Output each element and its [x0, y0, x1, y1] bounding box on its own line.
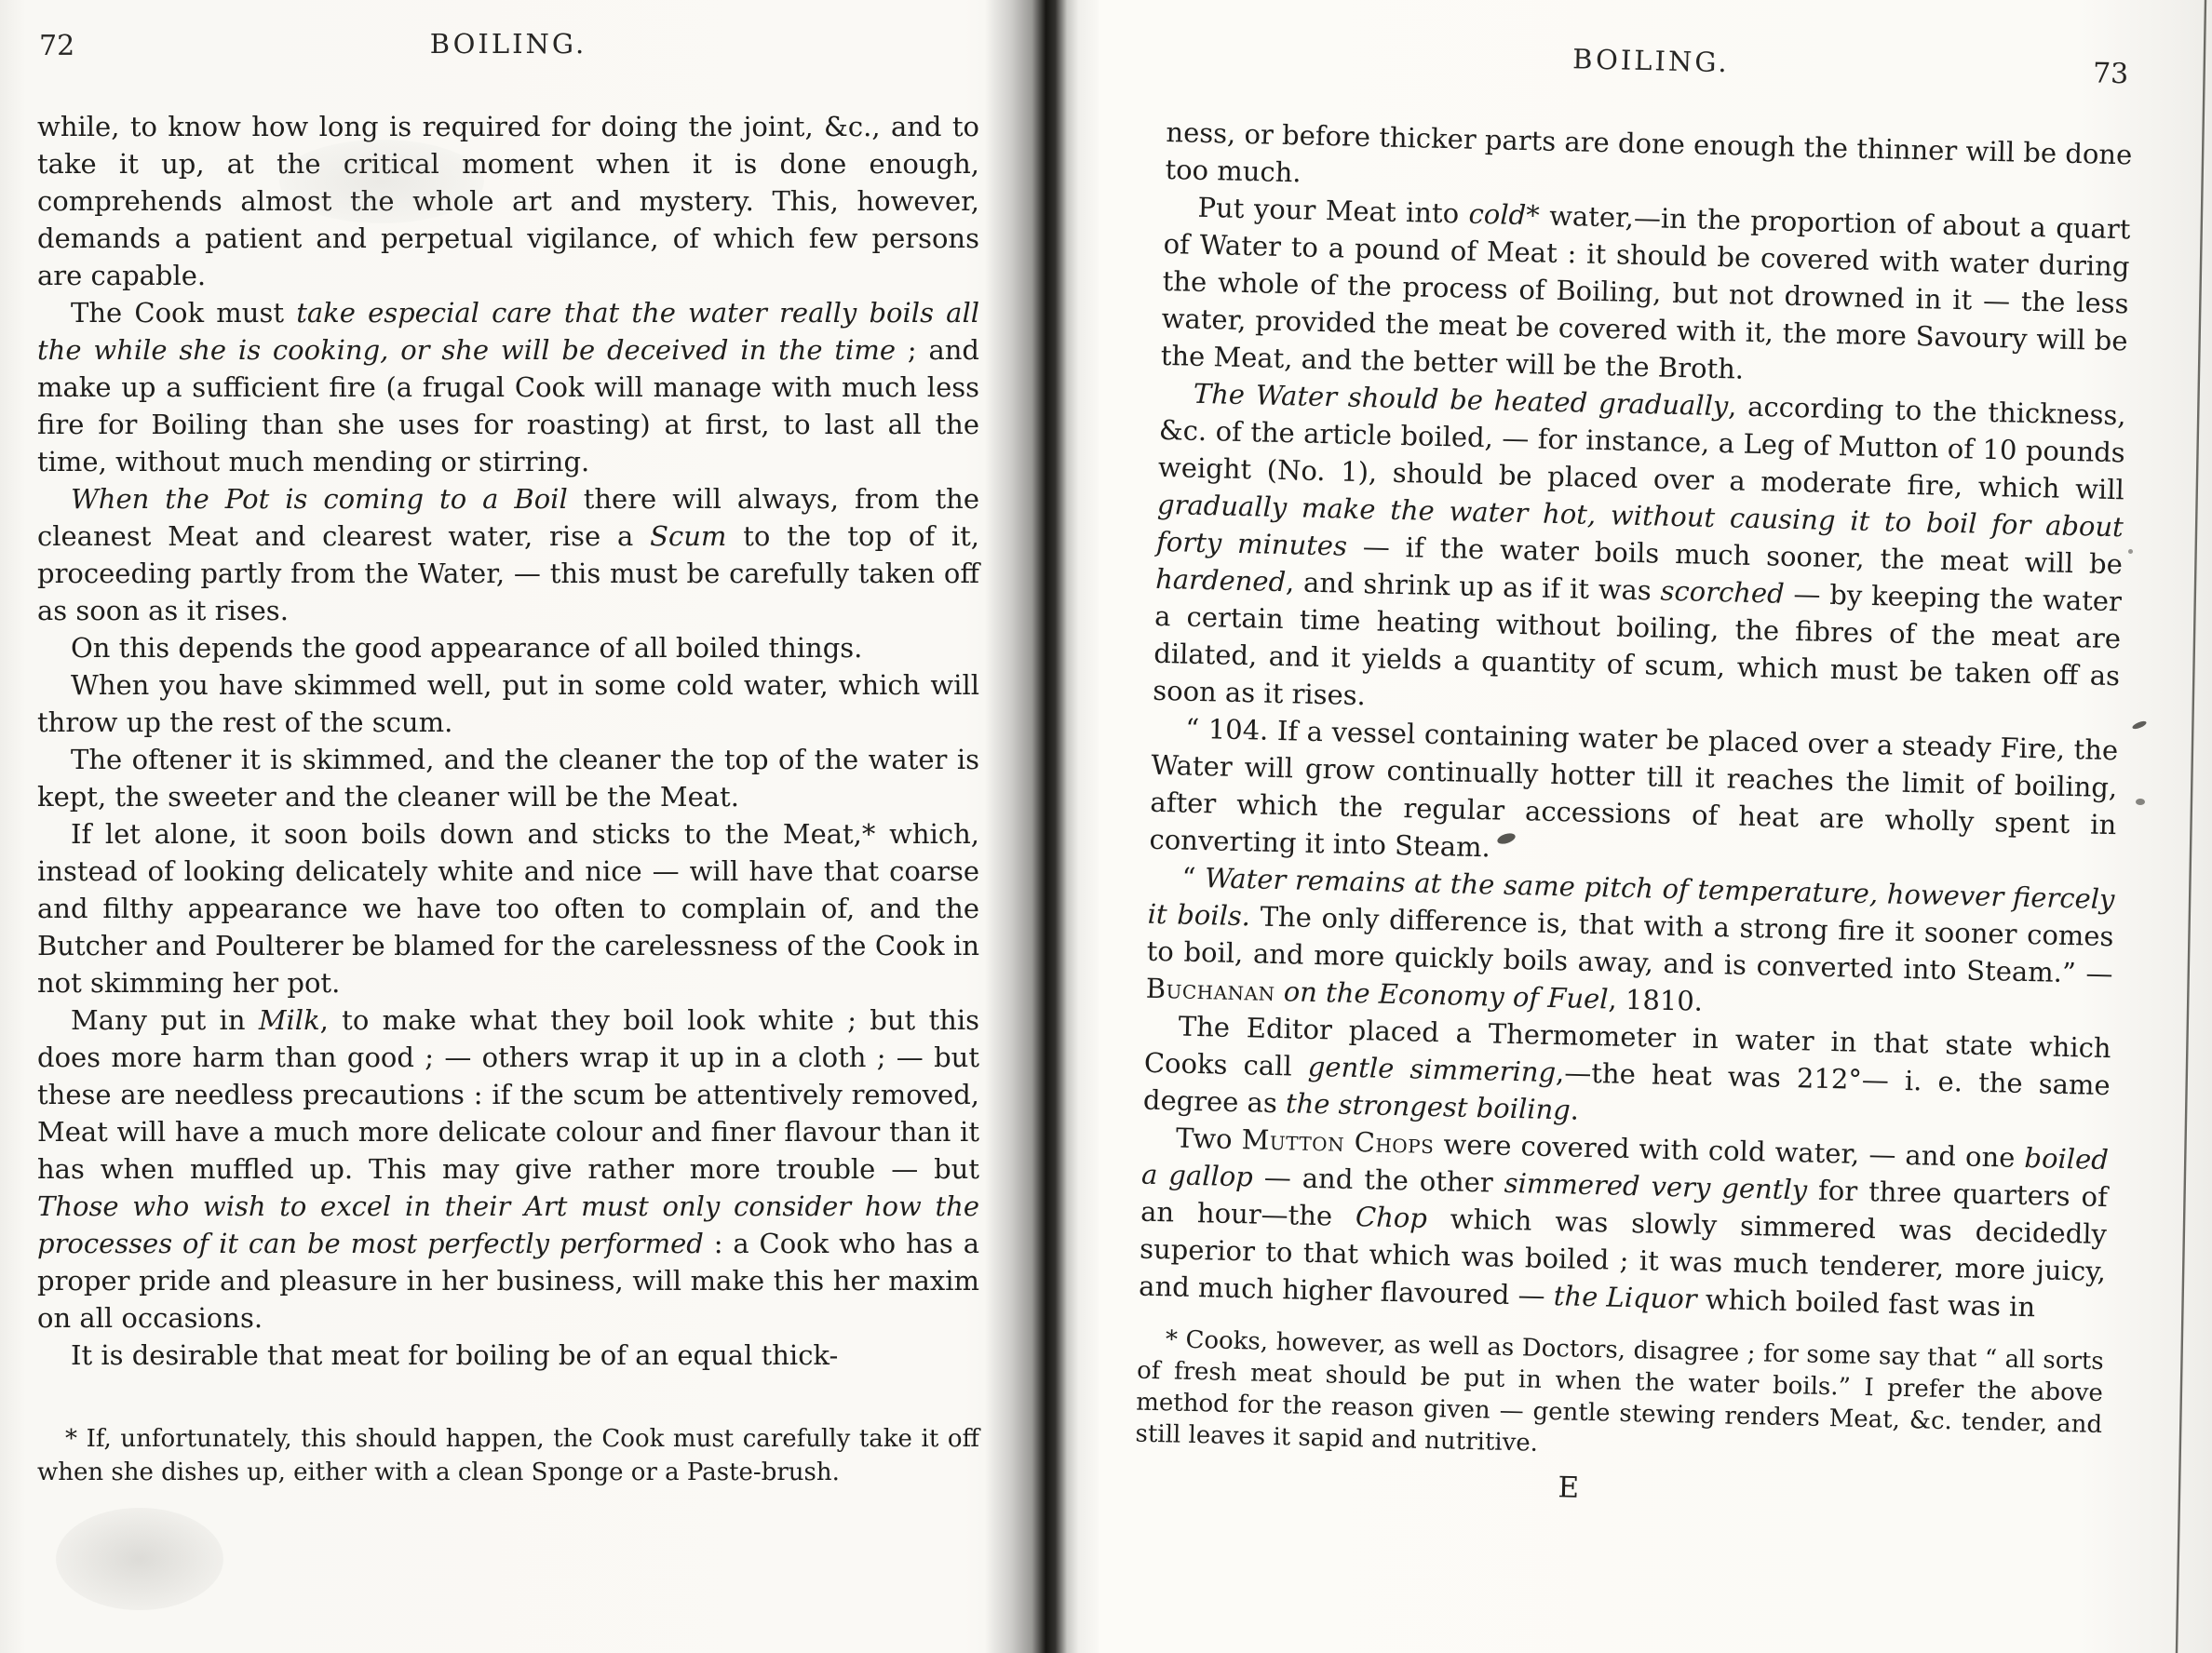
text-segment: gentle simmering [1307, 1051, 1556, 1088]
text-segment: It is desirable that meat for boiling be… [71, 1339, 838, 1371]
paragraph: On this depends the good appearance of a… [37, 629, 979, 666]
text-segment: Buchanan [1145, 973, 1275, 1007]
text-segment: — and the other [1252, 1161, 1504, 1198]
right-page: BOILING. 73 ness, or before thicker part… [1099, 0, 2212, 1653]
paragraph: Put your Meat into cold* water,—in the p… [1160, 188, 2130, 396]
paragraph: When the Pot is coming to a Boil there w… [37, 480, 979, 629]
text-segment: while, to know how long is required for … [37, 111, 979, 291]
paragraph: When you have skimmed well, put in some … [37, 666, 979, 741]
right-page-footnote: * Cooks, however, as well as Doctors, di… [1135, 1324, 2104, 1472]
paragraph: Many put in Milk, to make what they boil… [37, 1001, 979, 1337]
text-segment: Scum [650, 520, 726, 552]
paragraph: while, to know how long is required for … [37, 108, 979, 294]
text-segment: “ 104. If a vessel containing water be p… [1149, 713, 2118, 864]
text-segment: the Liquor [1553, 1280, 1697, 1315]
paragraph: If let alone, it soon boils down and sti… [37, 815, 979, 1001]
right-page-body: ness, or before thicker parts are done e… [1139, 114, 2133, 1327]
text-segment: on the Economy of Fuel [1275, 975, 1609, 1015]
text-segment: the strongest boiling [1286, 1087, 1571, 1125]
right-page-header: BOILING. 73 [1167, 34, 2135, 97]
text-segment: hardened [1155, 563, 1287, 598]
right-page-number: 73 [2093, 57, 2129, 90]
paragraph: The oftener it is skimmed, and the clean… [37, 741, 979, 815]
text-segment: If let alone, it soon boils down and sti… [37, 818, 979, 999]
paragraph: The Cook must take especial care that th… [37, 294, 979, 480]
paragraph: The Water should be heated gradually, ac… [1153, 374, 2126, 732]
text-segment: , and shrink up as if it was [1286, 566, 1661, 606]
text-segment: “ [1181, 862, 1205, 894]
book-gutter-shadow [985, 0, 1102, 1653]
left-page: 72 BOILING. while, to know how long is r… [0, 0, 1026, 1653]
text-segment: On this depends the good appearance of a… [71, 632, 862, 664]
left-page-footnote: * If, unfortunately, this should happen,… [37, 1422, 979, 1489]
text-segment: Put your Meat into [1197, 192, 1469, 230]
text-segment: ness, or before thicker parts are done e… [1165, 116, 2132, 188]
text-segment: , 1810. [1608, 983, 1703, 1016]
right-running-header: BOILING. [1167, 34, 2135, 87]
text-segment: Milk [259, 1004, 320, 1036]
text-segment: which boiled fast was in [1696, 1283, 2035, 1324]
text-segment: * water,—in the proportion of about a qu… [1160, 199, 2130, 385]
left-running-header: BOILING. [37, 28, 979, 60]
book-scan-spread: 72 BOILING. while, to know how long is r… [0, 0, 2212, 1653]
text-segment: * Cooks, however, as well as Doctors, di… [1135, 1325, 2104, 1457]
text-segment: The Cook must [71, 297, 296, 329]
text-segment: When you have skimmed well, put in some … [37, 669, 979, 738]
text-segment: When the Pot is coming to a Boil [71, 483, 568, 515]
paragraph: “ 104. If a vessel containing water be p… [1149, 709, 2118, 880]
text-segment: * If, unfortunately, this should happen,… [37, 1425, 979, 1486]
text-segment: . [1570, 1094, 1579, 1125]
paragraph: It is desirable that meat for boiling be… [37, 1337, 979, 1374]
signature-mark: E [1086, 1459, 2053, 1515]
text-segment: The oftener it is skimmed, and the clean… [37, 744, 979, 813]
paragraph: Two Mutton Chops were covered with cold … [1139, 1119, 2109, 1327]
text-segment: Mutton Chops [1241, 1123, 1435, 1160]
text-segment: scorched [1660, 575, 1785, 610]
text-segment: Many put in [71, 1004, 259, 1036]
text-segment: simmered very gently [1504, 1167, 1807, 1206]
left-page-header: 72 BOILING. [37, 28, 979, 69]
paragraph: “ Water remains at the same pitch of tem… [1145, 858, 2114, 1029]
left-page-body: while, to know how long is required for … [37, 108, 979, 1374]
text-segment: cold [1468, 198, 1526, 231]
text-segment: Two [1176, 1122, 1242, 1156]
text-segment: Chop [1356, 1201, 1428, 1234]
